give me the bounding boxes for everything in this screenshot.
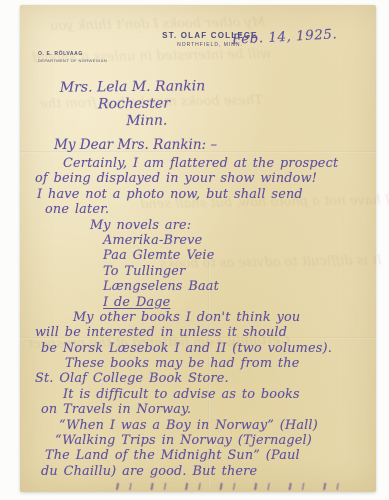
recipient-name: Mrs. Lela M. Rankin [60, 78, 206, 97]
body-line novel-title: Længselens Baat [103, 279, 365, 294]
body-line: My novels are: [90, 218, 365, 233]
body-line: These books may be had from the [65, 356, 365, 371]
body-line: The Land of the Midnight Sun” (Paul [45, 448, 365, 463]
salutation: My Dear Mrs. Rankin: – [54, 137, 217, 153]
body-line: on Travels in Norway. [41, 402, 365, 417]
letterhead-sender: O. E. RÖLVAAG DEPARTMENT OF NORWEGIAN [38, 51, 107, 63]
body-line: St. Olaf College Book Store. [35, 371, 365, 386]
cutoff-line-fragment [108, 483, 346, 490]
letter-date: Feb. 14, 1925. [232, 26, 338, 47]
body-line: “Walking Trips in Norway (Tjernagel) [55, 433, 365, 448]
letter-body: Certainly, I am flattered at the prospec… [35, 156, 365, 479]
body-line: My other books I don't think you [73, 310, 365, 325]
body-line: It is difficult to advise as to books [63, 387, 365, 402]
body-line novel-title: Amerika-Breve [103, 233, 365, 248]
body-line: one later. [45, 202, 365, 217]
body-line: I have not a photo now, but shall send [37, 187, 365, 202]
body-line: Certainly, I am flattered at the prospec… [63, 156, 365, 171]
body-line: du Chaillu) are good. But there [41, 464, 365, 479]
letterhead-sender-name: O. E. RÖLVAAG [38, 51, 107, 57]
body-line novel-title: To Tullinger [103, 264, 365, 279]
letterhead-sender-department: DEPARTMENT OF NORWEGIAN [38, 58, 107, 63]
recipient-state: Minn. [126, 112, 206, 130]
body-line: be Norsk Læsebok I and II (two volumes). [41, 341, 365, 356]
recipient-address: Mrs. Lela M. Rankin Rochester Minn. [60, 78, 206, 131]
body-line novel-title: I de Dage [103, 295, 365, 310]
body-line: of being displayed in your show window! [35, 171, 365, 186]
scanned-letter-image: My other books I don't think you will be… [0, 0, 389, 500]
recipient-city: Rochester [98, 95, 206, 113]
body-line: will be interested in unless it should [35, 325, 365, 340]
body-line: “When I was a Boy in Norway” (Hall) [59, 418, 365, 433]
body-line novel-title: Paa Glemte Veie [103, 248, 365, 263]
letter-paper: My other books I don't think you will be… [20, 5, 376, 492]
